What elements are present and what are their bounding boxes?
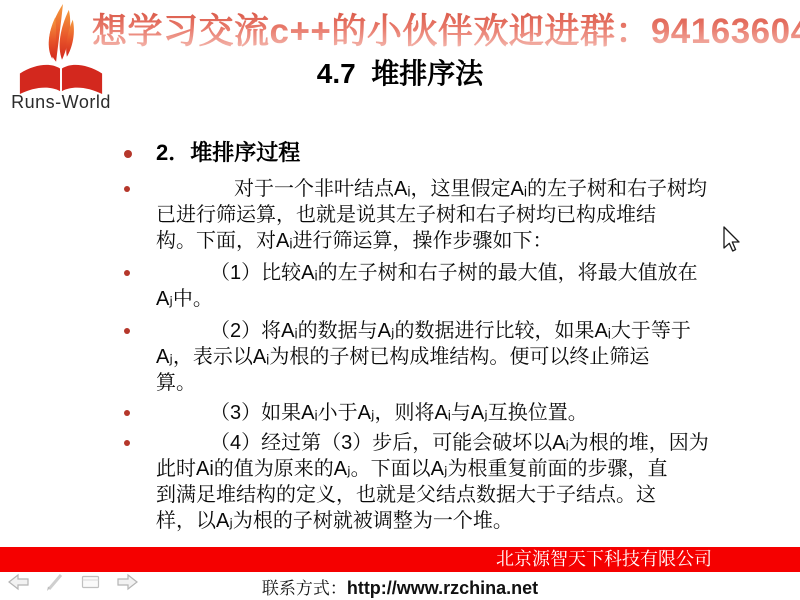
bullet-line: （4）经过第（3）步后，可能会破坏以Aᵢ为根的堆，因为 <box>156 430 768 456</box>
slide-icon <box>80 572 102 592</box>
pen-icon <box>44 572 66 592</box>
bullet-item: （1）比较Aᵢ的左子树和右子树的最大值，将最大值放在 Aⱼ中。 <box>120 260 768 312</box>
nav-back-button[interactable] <box>8 572 30 592</box>
bullet-dot-icon <box>124 186 130 192</box>
forward-arrow-icon <box>116 572 138 592</box>
bullet-line: 算。 <box>156 370 768 396</box>
bullet-item: 2．堆排序过程 <box>120 138 768 168</box>
slide-title: 4.7 堆排序法 <box>0 52 800 92</box>
nav-toolbar <box>8 572 138 592</box>
bullet-list: 2．堆排序过程 对于一个非叶结点Aᵢ，这里假定Aᵢ的左子树和右子树均 已进行筛运… <box>120 138 768 534</box>
bullet-dot-icon <box>124 328 130 334</box>
contact-url: http://www.rzchina.net <box>347 578 538 599</box>
bullet-item: 对于一个非叶结点Aᵢ，这里假定Aᵢ的左子树和右子树均 已进行筛运算，也就是说其左… <box>120 176 768 254</box>
logo: Runs-World <box>8 2 114 116</box>
bullet-line: 对于一个非叶结点Aᵢ，这里假定Aᵢ的左子树和右子树均 <box>156 176 768 202</box>
bullet-line: 样，以Aⱼ为根的子树就被调整为一个堆。 <box>156 508 768 534</box>
bullet-dot-icon <box>124 410 130 416</box>
nav-pen-button[interactable] <box>44 572 66 592</box>
bullet-item: （4）经过第（3）步后，可能会破坏以Aᵢ为根的堆，因为 此时Ai的值为原来的Aⱼ… <box>120 430 768 534</box>
slideshow-screen: { "watermark": { "text": "想学习交流c++的小伙伴欢迎… <box>0 0 800 600</box>
bullet-line: 构。下面，对Aᵢ进行筛运算，操作步骤如下： <box>156 228 768 254</box>
bullet-item: （2）将Aᵢ的数据与Aⱼ的数据进行比较，如果Aᵢ大于等于 Aⱼ，表示以Aᵢ为根的… <box>120 318 768 396</box>
mouse-cursor-icon <box>722 226 742 259</box>
contact-label: 联系方式： <box>262 574 347 599</box>
watermark-text: 想学习交流c++的小伙伴欢迎进群：941636044 <box>92 4 800 54</box>
back-arrow-icon <box>8 572 30 592</box>
logo-brand: Runs-World <box>8 92 114 113</box>
bullet-dot-icon <box>124 150 132 158</box>
bullet-line: （1）比较Aᵢ的左子树和右子树的最大值，将最大值放在 <box>156 260 768 286</box>
bullet-line: （3）如果Aᵢ小于Aⱼ，则将Aᵢ与Aⱼ互换位置。 <box>156 400 768 426</box>
bullet-line: 此时Ai的值为原来的Aⱼ。下面以Aⱼ为根重复前面的步骤，直 <box>156 456 768 482</box>
bullet-line: （2）将Aᵢ的数据与Aⱼ的数据进行比较，如果Aᵢ大于等于 <box>156 318 768 344</box>
bullet-dot-icon <box>124 440 130 446</box>
flame-book-icon <box>8 2 114 94</box>
bullet-line: 已进行筛运算，也就是说其左子树和右子树均已构成堆结 <box>156 202 768 228</box>
bullet-line: Aⱼ中。 <box>156 286 768 312</box>
section-heading: 2．堆排序过程 <box>156 138 768 168</box>
nav-slide-button[interactable] <box>80 572 102 592</box>
bullet-dot-icon <box>124 270 130 276</box>
nav-forward-button[interactable] <box>116 572 138 592</box>
bullet-item: （3）如果Aᵢ小于Aⱼ，则将Aᵢ与Aⱼ互换位置。 <box>120 400 768 426</box>
bullet-line: Aⱼ，表示以Aᵢ为根的子树已构成堆结构。便可以终止筛运 <box>156 344 768 370</box>
company-name: 北京源智天下科技有限公司 <box>496 549 712 570</box>
company-bar: 北京源智天下科技有限公司 <box>0 547 800 572</box>
bullet-line: 到满足堆结构的定义，也就是父结点数据大于子结点。这 <box>156 482 768 508</box>
